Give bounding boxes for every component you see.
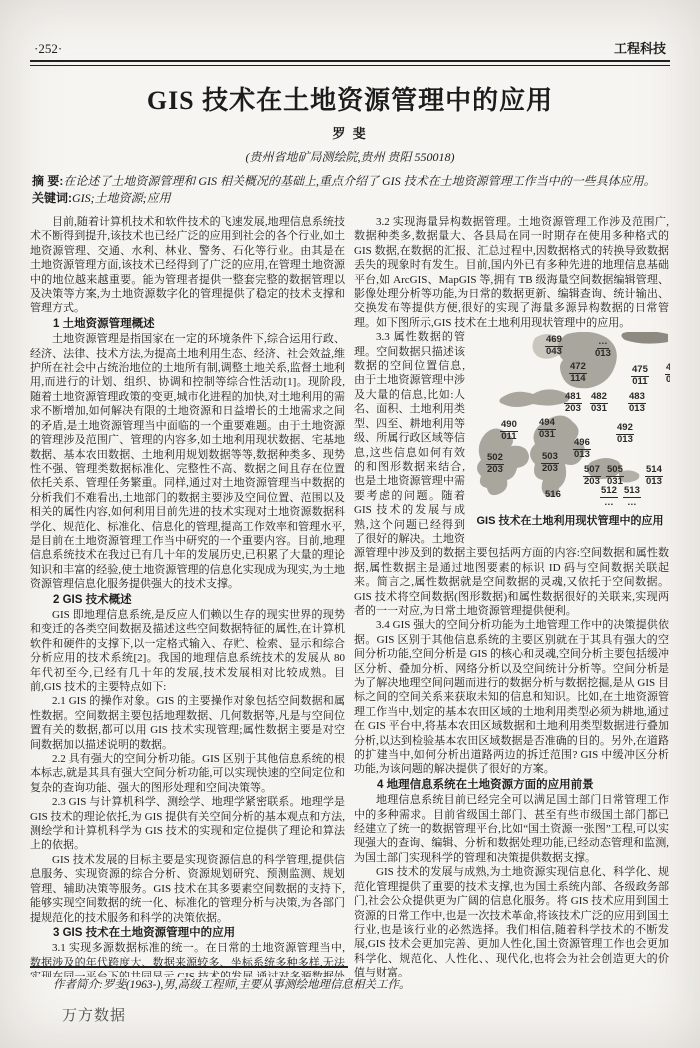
figure-map: 469043…013472114475011470148120348203148… bbox=[471, 332, 669, 510]
parcel-label: 483013 bbox=[628, 392, 646, 414]
journal-section-label: 工程科技 bbox=[614, 38, 666, 57]
section-3-4-paragraph: 3.4 GIS 强大的空间分析功能为土地管理工作中的决策提供依据。GIS 区别于… bbox=[354, 618, 669, 776]
parcel-label: 514013 bbox=[645, 465, 663, 487]
section-1-paragraph: 土地资源管理是指国家在一定的环境条件下,综合运用行政、经济、法律、技术方法,为提… bbox=[30, 332, 345, 591]
keywords-text: GIS;土地资源;应用 bbox=[72, 191, 171, 205]
parcel-label: 494031 bbox=[538, 418, 556, 440]
parcel-label: 472114 bbox=[569, 362, 587, 384]
parcel-label: 503203 bbox=[541, 452, 559, 474]
section-4-paragraph-1: 地理信息系统目前已经完全可以满足国土部门日常管理工作中的多种需求。目前省级国土部… bbox=[354, 793, 669, 865]
parcel-label: 507203 bbox=[583, 465, 601, 487]
section-2-paragraph-1: GIS 即地理信息系统,是反应人们赖以生存的现实世界的现势和变迁的各类空间数据及… bbox=[30, 608, 345, 694]
parcel-label: 516 bbox=[545, 490, 561, 501]
author-affiliation: (贵州省地矿局测绘院,贵州 贵阳 550018) bbox=[30, 148, 670, 165]
article-author: 罗 斐 bbox=[30, 123, 670, 142]
header-double-rule bbox=[30, 60, 670, 66]
section-3-2-paragraph: 3.2 实现海量异构数据管理。土地资源管理工作涉及范围广,数据种类多,数据量大、… bbox=[354, 215, 669, 330]
section-4-paragraph-2: GIS 技术的发展与成熟,为土地资源实现信息化、科学化、规范化管理提供了重要的技… bbox=[354, 865, 669, 977]
parcel-label: 4701 bbox=[665, 363, 670, 385]
page-header: ·252· 工程科技 bbox=[30, 38, 670, 60]
parcel-label: 469043 bbox=[545, 335, 563, 357]
abstract-label: 摘 要: bbox=[32, 174, 63, 188]
author-bio: 作者简介:罗斐(1963-),男,高级工程师,主要从事测绘地理信息相关工作。 bbox=[30, 976, 670, 992]
page-number: ·252· bbox=[34, 41, 62, 57]
journal-page: ·252· 工程科技 GIS 技术在土地资源管理中的应用 罗 斐 (贵州省地矿局… bbox=[0, 0, 700, 1048]
parcel-label: 505031 bbox=[606, 465, 624, 487]
section-2-goals-paragraph: GIS 技术发展的目标主要是实现资源信息的科学管理,提供信息服务、实现资源的综合… bbox=[30, 853, 345, 925]
section-2-1-paragraph: 2.1 GIS 的操作对象。GIS 的主要操作对象包括空间数据和属性数据。空间数… bbox=[30, 694, 345, 752]
section-2-3-paragraph: 2.3 GIS 与计算机科学、测绘学、地理学紧密联系。地理学是 GIS 技术的理… bbox=[30, 795, 345, 853]
right-column: 3.2 实现海量异构数据管理。土地资源管理工作涉及范围广,数据种类多,数据量大、… bbox=[354, 215, 669, 977]
parcel-label: 490011 bbox=[500, 420, 518, 442]
section-3-1-paragraph: 3.1 实现多源数据标准的统一。在日常的土地资源管理当中,数据涉及的年代跨度大、… bbox=[30, 941, 345, 977]
parcel-label: 481203 bbox=[564, 392, 582, 414]
section-2-heading: 2 GIS 技术概述 bbox=[30, 593, 345, 607]
section-1-heading: 1 土地资源管理概述 bbox=[30, 317, 345, 331]
article-title: GIS 技术在土地资源管理中的应用 bbox=[30, 80, 670, 117]
keywords-block: 关键词:GIS;土地资源;应用 bbox=[30, 190, 670, 207]
footnote-rule bbox=[30, 966, 348, 968]
figure-land-use-map: 469043…013472114475011470148120348203148… bbox=[471, 332, 669, 528]
intro-paragraph: 目前,随着计算机技术和软件技术的飞速发展,地理信息系统技术不断得到提升,该技术也… bbox=[30, 215, 345, 316]
keywords-label: 关键词: bbox=[32, 191, 72, 205]
parcel-label: 513… bbox=[623, 486, 641, 508]
figure-caption: GIS 技术在土地利用现状管理中的应用 bbox=[471, 514, 669, 528]
parcel-label: 512… bbox=[600, 486, 618, 508]
abstract-text: 在论述了土地资源管理和 GIS 相关概况的基础上,重点介绍了 GIS 技术在土地… bbox=[63, 174, 655, 188]
parcel-label: …013 bbox=[595, 337, 611, 359]
two-column-body: 目前,随着计算机技术和软件技术的飞速发展,地理信息系统技术不断得到提升,该技术也… bbox=[30, 215, 670, 977]
section-3-heading: 3 GIS 技术在土地资源管理中的应用 bbox=[30, 926, 345, 940]
section-4-heading: 4 地理信息系统在土地资源方面的应用前景 bbox=[354, 778, 669, 792]
parcel-label: 475011 bbox=[631, 365, 649, 387]
section-2-2-paragraph: 2.2 具有强大的空间分析功能。GIS 区别于其他信息系统的根本标志,就是其具有… bbox=[30, 752, 345, 795]
parcel-label: 492013 bbox=[616, 423, 634, 445]
parcel-label: 502203 bbox=[486, 453, 504, 475]
wanfang-watermark: 万方数据 bbox=[62, 1004, 126, 1025]
parcel-label: 482031 bbox=[590, 392, 608, 414]
parcel-label: 496013 bbox=[573, 438, 591, 460]
left-column: 目前,随着计算机技术和软件技术的飞速发展,地理信息系统技术不断得到提升,该技术也… bbox=[30, 215, 345, 977]
abstract-block: 摘 要:在论述了土地资源管理和 GIS 相关概况的基础上,重点介绍了 GIS 技… bbox=[30, 173, 670, 190]
